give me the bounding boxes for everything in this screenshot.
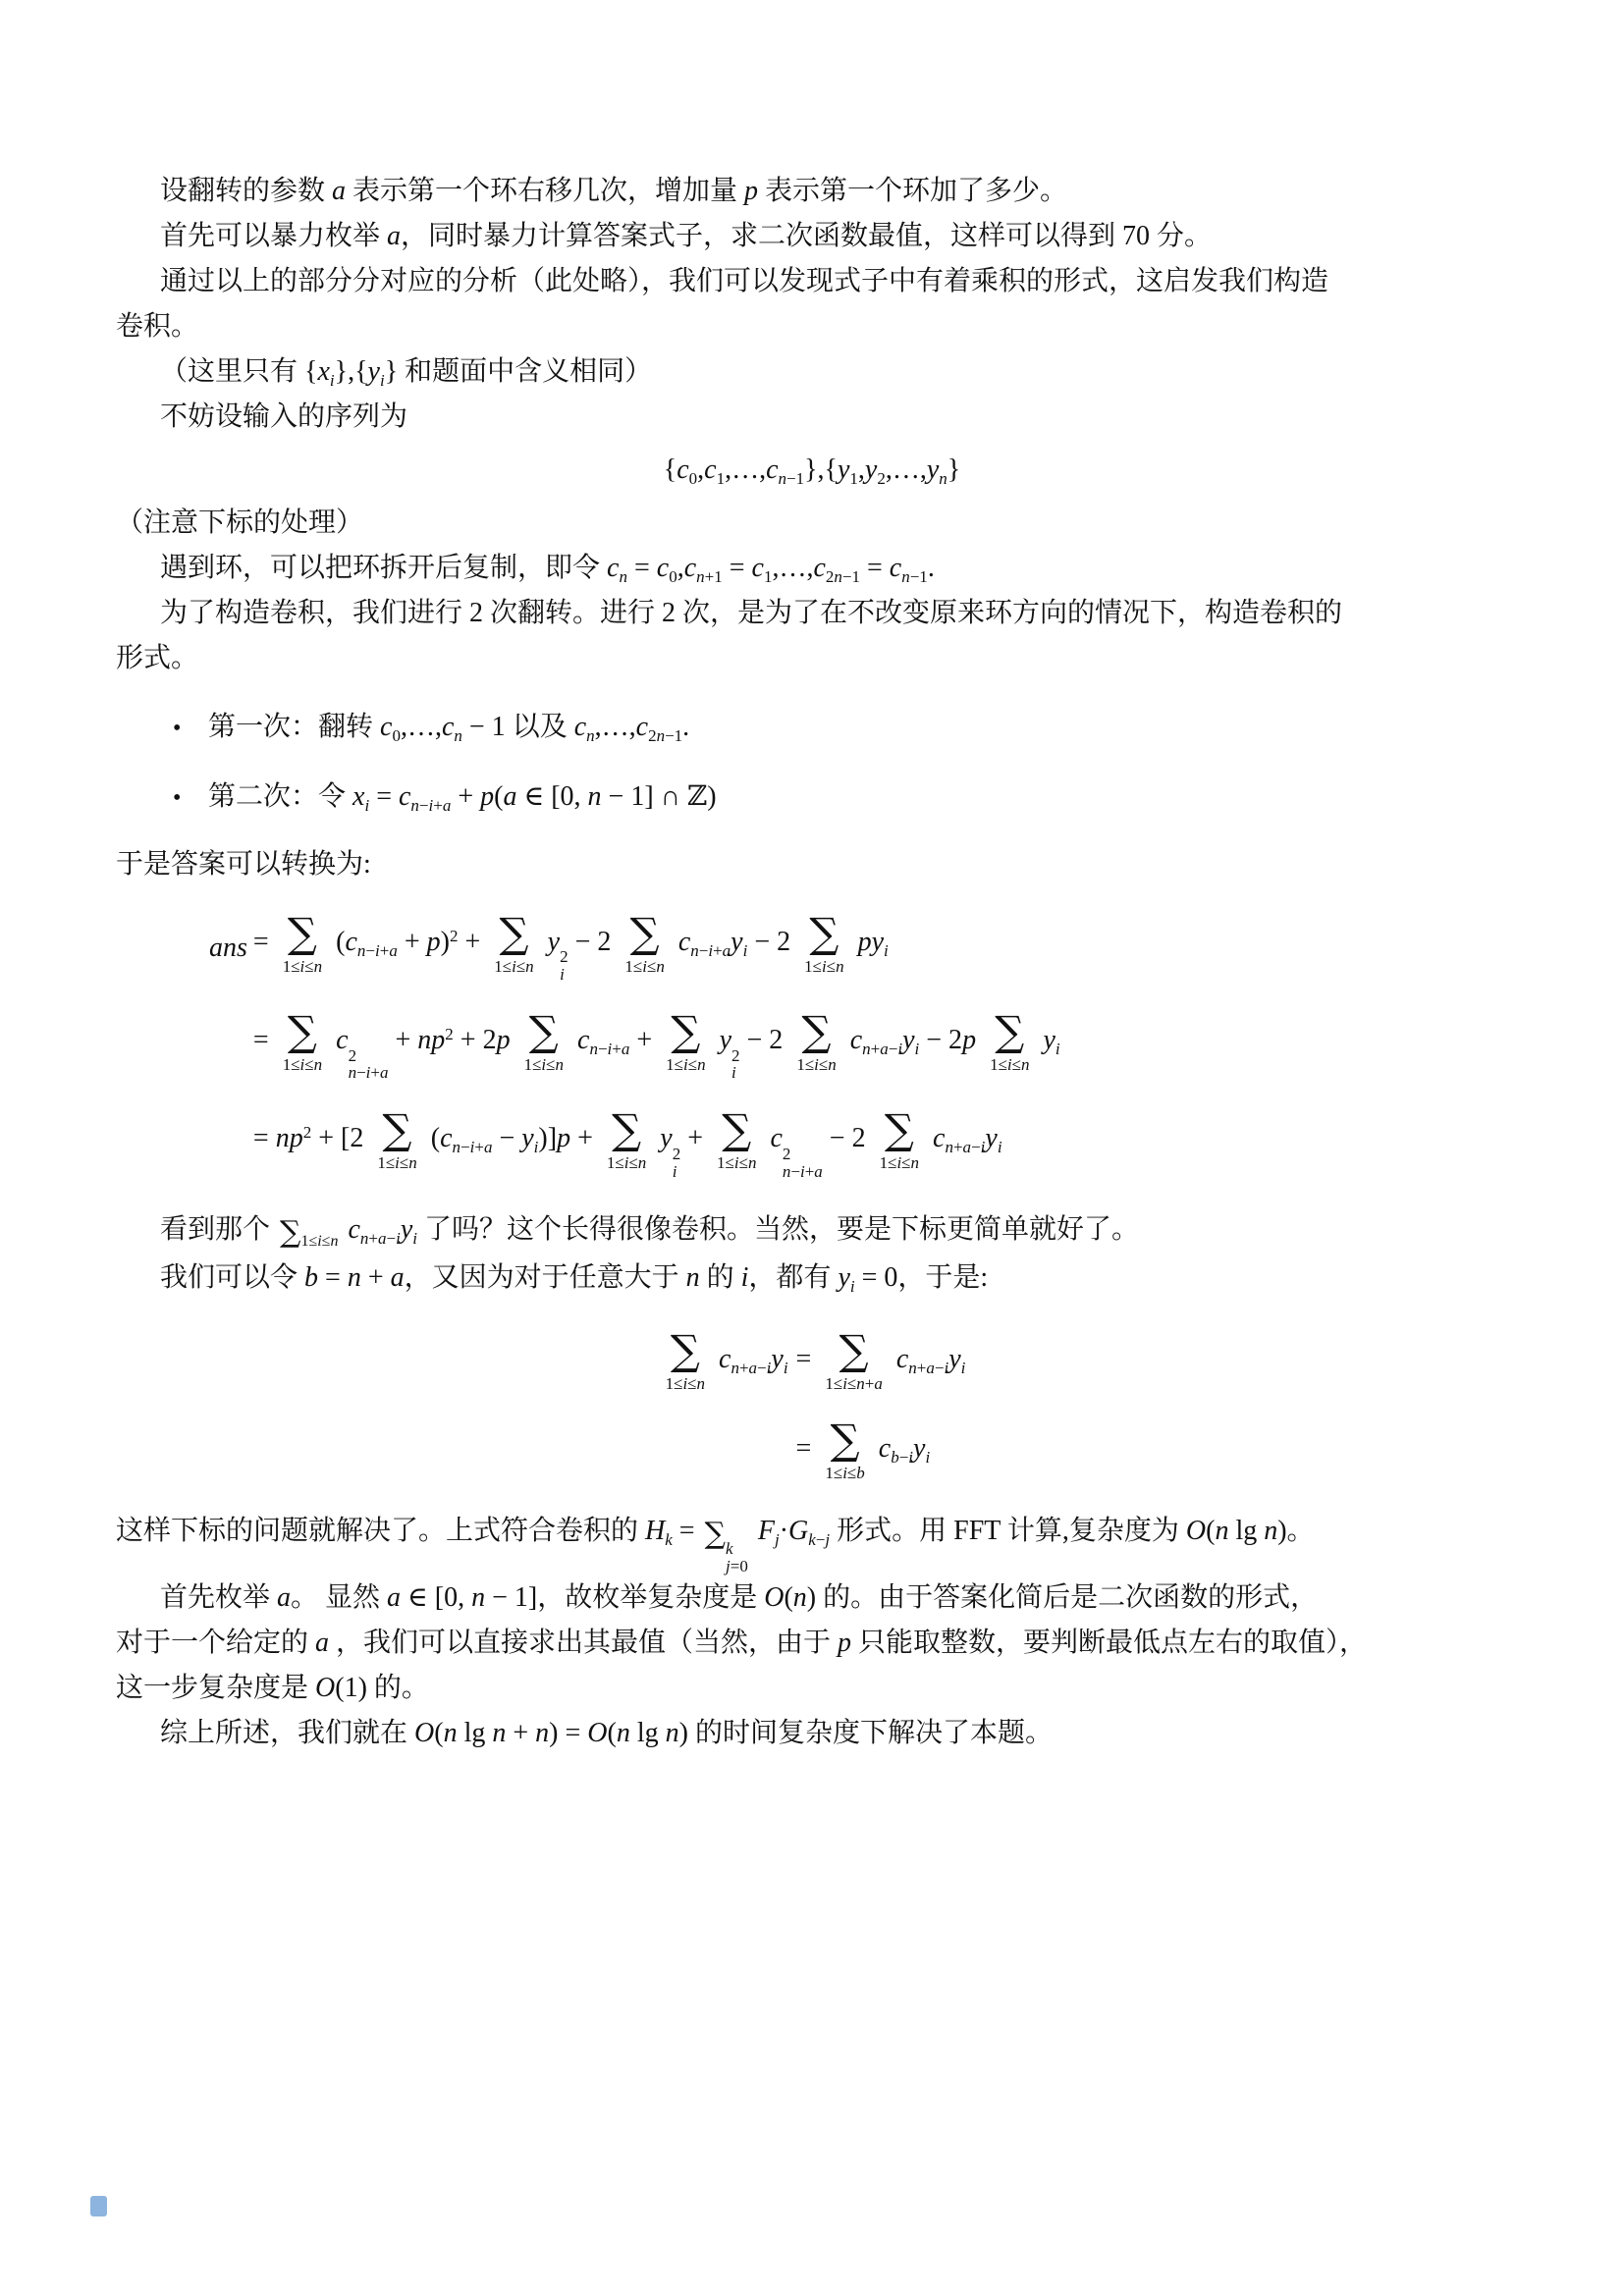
- sigma-icon: ∑: [383, 1109, 412, 1151]
- sigma-icon: ∑: [288, 913, 317, 955]
- paragraph: 这样下标的问题就解决了。上式符合卷积的 Hk = ∑kj=0 Fj·Gk−j 形…: [116, 1509, 1508, 1575]
- math-inline: {xi},{yi}: [304, 356, 398, 387]
- paragraph: 于是答案可以转换为:: [116, 842, 1508, 887]
- equation-row: ans= ∑1≤i≤n (cn−i+a + p)2 + ∑1≤i≤n y2i −…: [209, 899, 1060, 997]
- sum-operator: ∑1≤i≤n: [990, 1011, 1029, 1073]
- page-corner-mark: [90, 2196, 107, 2216]
- paragraph: 通过以上的部分分对应的分析（此处略），我们可以发现式子中有着乘积的形式，这启发我…: [116, 259, 1508, 304]
- sigma-icon: ∑: [809, 913, 839, 955]
- math-inline: a: [332, 176, 346, 206]
- paragraph: 看到那个 ∑1≤i≤n cn+a−iyi 了吗？这个长得很像卷积。当然，要是下标…: [116, 1207, 1508, 1255]
- supsub-stack: 2i: [560, 948, 568, 984]
- document-content: 设翻转的参数 a 表示第一个环右移几次，增加量 p 表示第一个环加了多少。首先可…: [116, 169, 1508, 1756]
- document-page: 设翻转的参数 a 表示第一个环右移几次，增加量 p 表示第一个环加了多少。首先可…: [0, 0, 1624, 2296]
- sigma-icon: ∑: [802, 1011, 832, 1053]
- sum-operator: ∑1≤i≤n: [717, 1109, 756, 1171]
- math-inline: cn = c0,cn+1 = c1,…,c2n−1 = cn−1.: [607, 553, 935, 583]
- sum-operator: ∑1≤i≤n: [280, 1214, 338, 1245]
- math-inline: O(n lg n + n) = O(n lg n): [414, 1718, 688, 1748]
- math-inline: b = n + a: [304, 1262, 405, 1293]
- sum-operator: ∑1≤i≤n: [607, 1109, 646, 1171]
- equation-lhs: ans: [209, 899, 253, 997]
- math-inline: ∑1≤i≤n cn+a−iyi: [277, 1214, 417, 1245]
- math-inline: {c0,c1,…,cn−1},{y1,y2,…,yn}: [664, 454, 961, 485]
- math-inline: i: [741, 1262, 749, 1293]
- equation-align-block: ans= ∑1≤i≤n (cn−i+a + p)2 + ∑1≤i≤n y2i −…: [209, 899, 1060, 1194]
- equation-row: = ∑1≤i≤b cb−iyi: [659, 1406, 966, 1495]
- math-inline: a: [277, 1582, 291, 1613]
- math-inline: O(n): [764, 1582, 816, 1613]
- equation-lhs: ∑1≤i≤n cn+a−iyi: [659, 1316, 796, 1406]
- sigma-icon: ∑: [612, 1109, 641, 1151]
- supsub-stack: 2i: [731, 1047, 740, 1083]
- equation-rhs: = np2 + [2 ∑1≤i≤n (cn−i+a − yi)]p + ∑1≤i…: [253, 1095, 1060, 1194]
- display-equation: {c0,c1,…,cn−1},{y1,y2,…,yn}: [116, 448, 1508, 493]
- paragraph: 首先可以暴力枚举 a，同时暴力计算答案式子，求二次函数最值，这样可以得到 70 …: [116, 214, 1508, 259]
- sum-operator: ∑1≤i≤n: [377, 1109, 416, 1171]
- sum-operator: ∑1≤i≤n: [666, 1330, 705, 1392]
- math-inline: a ∈ [0, n − 1]: [387, 1582, 537, 1613]
- paragraph: 这一步复杂度是 O(1) 的。: [116, 1666, 1508, 1711]
- paragraph: 卷积。: [116, 304, 1508, 349]
- sum-operator: ∑1≤i≤n: [624, 913, 664, 975]
- sum-operator: ∑kj=0: [705, 1516, 748, 1546]
- sum-operator: ∑1≤i≤b: [825, 1419, 864, 1481]
- sigma-icon: ∑: [499, 913, 528, 955]
- sigma-icon: ∑: [288, 1011, 317, 1053]
- bullet-text: 第一次：翻转 c0,…,cn − 1 以及 cn,…,c2n−1.: [208, 705, 689, 750]
- math-inline: cn,…,c2n−1.: [574, 712, 689, 742]
- paragraph: （这里只有 {xi},{yi} 和题面中含义相同）: [116, 349, 1508, 395]
- sum-operator: ∑1≤i≤n: [283, 913, 322, 975]
- paragraph: （注意下标的处理）: [116, 501, 1508, 546]
- sigma-icon: ∑: [671, 1330, 700, 1372]
- paragraph: 遇到环，可以把环拆开后复制，即令 cn = c0,cn+1 = c1,…,c2n…: [116, 546, 1508, 591]
- math-inline: n: [686, 1262, 700, 1293]
- sum-operator: ∑1≤i≤n+a: [825, 1330, 883, 1392]
- sigma-icon: ∑: [831, 1419, 860, 1462]
- math-inline: c0,…,cn − 1: [380, 712, 506, 742]
- equation-rhs: = ∑1≤i≤n (cn−i+a + p)2 + ∑1≤i≤n y2i − 2 …: [253, 899, 1060, 997]
- math-inline: yi = 0: [838, 1262, 897, 1293]
- equation-lhs: [659, 1406, 796, 1495]
- sigma-icon: ∑: [722, 1109, 751, 1151]
- equation-align-block: ∑1≤i≤n cn+a−iyi= ∑1≤i≤n+a cn+a−iyi= ∑1≤i…: [659, 1316, 966, 1495]
- math-inline: O(n lg n): [1186, 1516, 1287, 1546]
- equation-row: = np2 + [2 ∑1≤i≤n (cn−i+a − yi)]p + ∑1≤i…: [209, 1095, 1060, 1194]
- sum-operator: ∑1≤i≤n: [796, 1011, 836, 1073]
- math-inline: a: [315, 1628, 329, 1658]
- bullet-item: •第二次：令 xi = cn−i+a + p(a ∈ [0, n − 1] ∩ …: [116, 774, 1508, 821]
- paragraph: 设翻转的参数 a 表示第一个环右移几次，增加量 p 表示第一个环加了多少。: [116, 169, 1508, 214]
- paragraph: 综上所述，我们就在 O(n lg n + n) = O(n lg n) 的时间复…: [116, 1711, 1508, 1756]
- supsub-stack: 2n−i+a: [349, 1047, 389, 1083]
- equation-rhs: = ∑1≤i≤n+a cn+a−iyi: [796, 1316, 966, 1406]
- math-inline: O(1): [315, 1673, 367, 1703]
- sum-operator: ∑1≤i≤n: [666, 1011, 705, 1073]
- equation-row: ∑1≤i≤n cn+a−iyi= ∑1≤i≤n+a cn+a−iyi: [659, 1316, 966, 1406]
- equation-lhs: [209, 997, 253, 1095]
- paragraph: 对于一个给定的 a ，我们可以直接求出其最值（当然，由于 p 只能取整数，要判断…: [116, 1621, 1508, 1666]
- bullet-icon: •: [173, 775, 208, 821]
- sigma-icon: ∑: [529, 1011, 559, 1053]
- sigma-icon: ∑: [839, 1330, 869, 1372]
- sigma-icon: ∑: [995, 1011, 1024, 1053]
- paragraph: 我们可以令 b = n + a，又因为对于任意大于 n 的 i，都有 yi = …: [116, 1255, 1508, 1301]
- sigma-icon: ∑: [705, 1517, 726, 1551]
- supsub-stack: 2i: [673, 1146, 681, 1181]
- sum-operator: ∑1≤i≤n: [804, 913, 843, 975]
- math-inline: Hk = ∑kj=0 Fj·Gk−j: [645, 1516, 830, 1546]
- bullet-icon: •: [173, 706, 208, 751]
- sigma-icon: ∑: [630, 913, 660, 955]
- sum-operator: ∑1≤i≤n: [524, 1011, 564, 1073]
- supsub-stack: kj=0: [726, 1540, 748, 1575]
- equation-lhs: [209, 1095, 253, 1194]
- equation-rhs: = ∑1≤i≤n c2n−i+a + np2 + 2p ∑1≤i≤n cn−i+…: [253, 997, 1060, 1095]
- sigma-icon: ∑: [280, 1215, 300, 1250]
- paragraph: 为了构造卷积，我们进行 2 次翻转。进行 2 次，是为了在不改变原来环方向的情况…: [116, 591, 1508, 636]
- math-inline: xi = cn−i+a + p(a ∈ [0, n − 1] ∩ ℤ): [352, 781, 717, 812]
- math-inline: p: [744, 176, 758, 206]
- supsub-stack: 2n−i+a: [783, 1146, 823, 1181]
- math-inline: a: [387, 221, 401, 251]
- paragraph: 不妨设输入的序列为: [116, 395, 1508, 440]
- equation-rhs: = ∑1≤i≤b cb−iyi: [796, 1406, 966, 1495]
- paragraph: 形式。: [116, 636, 1508, 681]
- sum-operator: ∑1≤i≤n: [880, 1109, 919, 1171]
- bullet-item: •第一次：翻转 c0,…,cn − 1 以及 cn,…,c2n−1.: [116, 705, 1508, 751]
- math-inline: p: [838, 1628, 851, 1658]
- sigma-icon: ∑: [885, 1109, 914, 1151]
- bullet-text: 第二次：令 xi = cn−i+a + p(a ∈ [0, n − 1] ∩ ℤ…: [208, 774, 717, 820]
- sum-operator: ∑1≤i≤n: [494, 913, 533, 975]
- sigma-icon: ∑: [671, 1011, 700, 1053]
- paragraph: 首先枚举 a。 显然 a ∈ [0, n − 1]，故枚举复杂度是 O(n) 的…: [116, 1575, 1508, 1621]
- sum-operator: ∑1≤i≤n: [283, 1011, 322, 1073]
- equation-row: = ∑1≤i≤n c2n−i+a + np2 + 2p ∑1≤i≤n cn−i+…: [209, 997, 1060, 1095]
